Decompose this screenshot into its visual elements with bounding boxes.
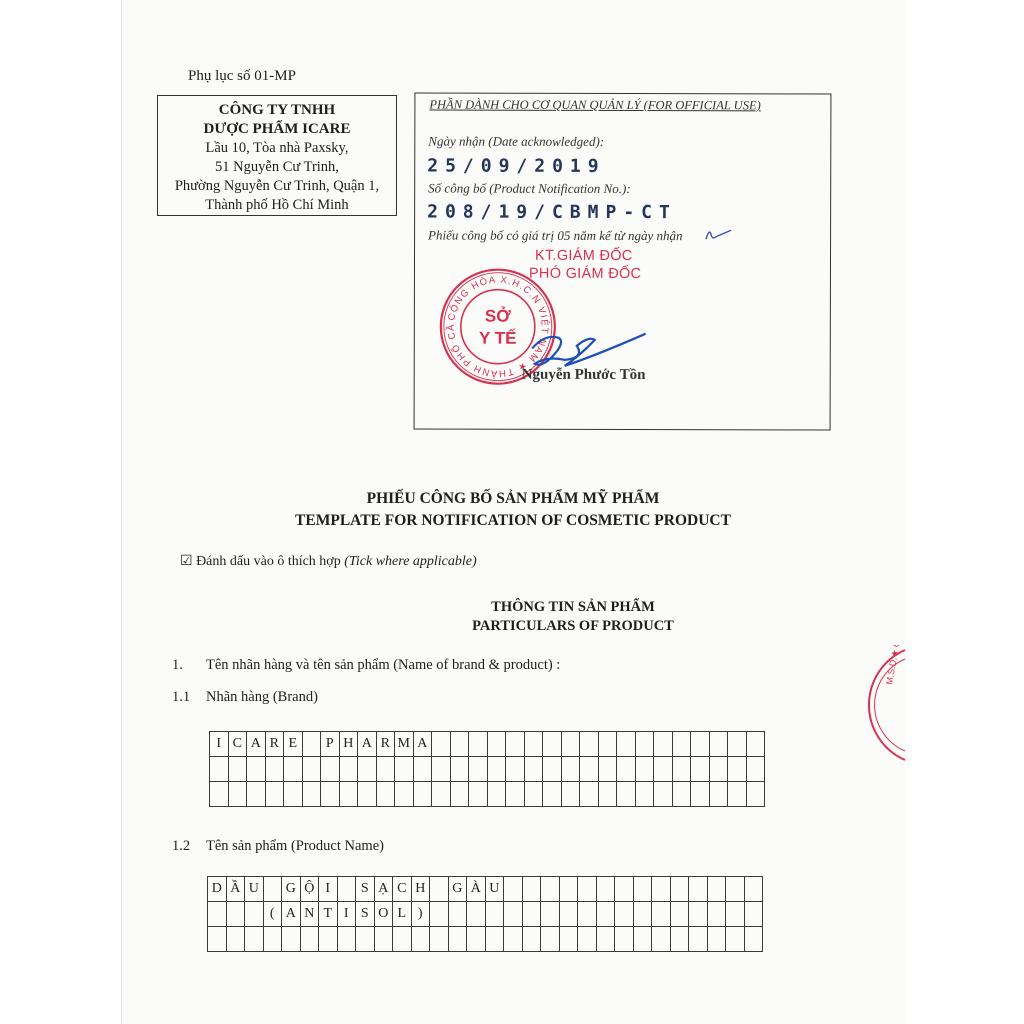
letter-cell xyxy=(432,757,451,782)
letter-cell xyxy=(633,902,652,927)
letter-cell: ( xyxy=(263,902,282,927)
letter-cell xyxy=(228,757,247,782)
letter-cell: T xyxy=(319,902,338,927)
letter-cell xyxy=(302,782,321,807)
letter-cell xyxy=(411,927,430,952)
letter-cell xyxy=(707,927,726,952)
letter-cell xyxy=(744,877,763,902)
letter-cell xyxy=(746,782,765,807)
letter-cell xyxy=(300,927,319,952)
letter-cell xyxy=(522,902,541,927)
item-label: Tên sản phẩm (Product Name) xyxy=(206,838,384,854)
letter-cell xyxy=(469,782,488,807)
letter-cell xyxy=(485,902,504,927)
letter-cell xyxy=(524,732,543,757)
letter-cell xyxy=(744,927,763,952)
letter-cell xyxy=(541,877,560,902)
letter-cell xyxy=(506,732,525,757)
date-acknowledged-value: 25/09/2019 xyxy=(427,155,605,176)
letter-cell xyxy=(395,757,414,782)
document-title-vi: PHIẾU CÔNG BỐ SẢN PHẨM MỸ PHẨM xyxy=(121,490,905,508)
letter-cell xyxy=(339,782,358,807)
letter-cell xyxy=(522,927,541,952)
letter-cell xyxy=(524,757,543,782)
letter-cell xyxy=(302,732,321,757)
item-number: 1.1 xyxy=(172,689,206,706)
notification-number-label: Số công bố (Product Notification No.): xyxy=(428,180,630,197)
letter-cell xyxy=(210,757,229,782)
letter-cell xyxy=(728,782,747,807)
letter-cell xyxy=(580,782,599,807)
letter-cell xyxy=(672,732,691,757)
letter-cell xyxy=(670,902,689,927)
checked-box-icon: ☑ xyxy=(180,554,193,569)
letter-cell: U xyxy=(245,877,264,902)
grid-row: (ANTISOL) xyxy=(208,902,763,927)
letter-cell: G xyxy=(282,877,301,902)
letter-cell: C xyxy=(393,877,412,902)
letter-cell xyxy=(374,927,393,952)
letter-cell xyxy=(284,782,303,807)
letter-cell xyxy=(450,732,469,757)
letter-cell xyxy=(485,927,504,952)
partial-seal-icon: M.S.D.★ QU xyxy=(868,645,908,765)
letter-cell xyxy=(598,732,617,757)
section-title-vi: THÔNG TIN SẢN PHẨM xyxy=(121,599,905,616)
letter-cell: ) xyxy=(411,902,430,927)
letter-cell xyxy=(670,927,689,952)
letter-cell xyxy=(598,782,617,807)
letter-cell xyxy=(247,757,266,782)
letter-cell xyxy=(337,877,356,902)
letter-cell xyxy=(559,927,578,952)
letter-cell: A xyxy=(413,732,432,757)
letter-cell: S xyxy=(356,877,375,902)
letter-cell xyxy=(321,757,340,782)
letter-cell xyxy=(707,902,726,927)
letter-cell xyxy=(596,927,615,952)
tick-instruction-vi: Đánh dấu vào ô thích hợp xyxy=(196,554,341,569)
letter-cell xyxy=(744,902,763,927)
letter-cell xyxy=(689,927,708,952)
letter-cell xyxy=(524,782,543,807)
letter-cell xyxy=(487,732,506,757)
letter-cell xyxy=(376,757,395,782)
grid-row: ICAREPHARMA xyxy=(210,732,765,757)
letter-cell xyxy=(450,757,469,782)
letter-cell xyxy=(430,902,449,927)
letter-cell xyxy=(337,927,356,952)
company-address-line: Lầu 10, Tòa nhà Paxsky, xyxy=(158,139,396,158)
letter-cell xyxy=(617,757,636,782)
letter-cell xyxy=(615,877,634,902)
letter-cell: A xyxy=(358,732,377,757)
letter-cell xyxy=(228,782,247,807)
letter-cell xyxy=(617,782,636,807)
letter-cell xyxy=(469,732,488,757)
seal-center-line2: Y TẾ xyxy=(479,329,517,348)
letter-cell xyxy=(226,902,245,927)
letter-cell xyxy=(635,757,654,782)
letter-cell xyxy=(356,927,375,952)
letter-cell: À xyxy=(467,877,486,902)
letter-cell xyxy=(302,757,321,782)
appendix-label: Phụ lục số 01-MP xyxy=(188,68,296,85)
letter-cell xyxy=(358,757,377,782)
letter-cell xyxy=(654,782,673,807)
letter-cell xyxy=(691,732,710,757)
company-name-line2: DƯỢC PHẨM ICARE xyxy=(158,120,396,139)
letter-cell xyxy=(506,782,525,807)
letter-cell xyxy=(450,782,469,807)
letter-cell: G xyxy=(448,877,467,902)
letter-cell xyxy=(541,902,560,927)
letter-cell xyxy=(672,782,691,807)
letter-cell xyxy=(543,732,562,757)
company-address-line: Phường Nguyễn Cư Trinh, Quận 1, xyxy=(158,177,396,196)
letter-cell xyxy=(578,927,597,952)
company-info-box: CÔNG TY TNHH DƯỢC PHẨM ICARE Lầu 10, Tòa… xyxy=(157,95,397,216)
letter-cell: A xyxy=(247,732,266,757)
letter-cell: H xyxy=(339,732,358,757)
letter-cell xyxy=(432,732,451,757)
letter-cell xyxy=(506,757,525,782)
letter-cell xyxy=(726,902,745,927)
letter-cell: S xyxy=(356,902,375,927)
letter-cell xyxy=(487,782,506,807)
letter-cell xyxy=(504,927,523,952)
grid-row: DẦUGỘISẠCHGÀU xyxy=(208,877,763,902)
tick-instruction: ☑ Đánh dấu vào ô thích hợp (Tick where a… xyxy=(180,553,477,570)
letter-cell: A xyxy=(282,902,301,927)
letter-cell xyxy=(448,927,467,952)
letter-cell: L xyxy=(393,902,412,927)
letter-cell xyxy=(226,927,245,952)
letter-cell xyxy=(670,877,689,902)
letter-cell xyxy=(672,757,691,782)
letter-cell xyxy=(210,782,229,807)
letter-cell xyxy=(728,757,747,782)
letter-cell xyxy=(652,902,671,927)
letter-cell xyxy=(617,732,636,757)
letter-cell: I xyxy=(319,877,338,902)
section-title-en: PARTICULARS OF PRODUCT xyxy=(121,618,905,635)
product-name-letter-grid: DẦUGỘISẠCHGÀU(ANTISOL) xyxy=(207,876,763,952)
letter-cell xyxy=(691,757,710,782)
letter-cell xyxy=(245,927,264,952)
letter-cell xyxy=(208,902,227,927)
letter-cell xyxy=(559,902,578,927)
letter-cell xyxy=(263,877,282,902)
letter-cell: E xyxy=(284,732,303,757)
letter-cell xyxy=(245,902,264,927)
item-label: Nhãn hàng (Brand) xyxy=(206,689,318,705)
tick-instruction-en: (Tick where applicable) xyxy=(344,554,476,569)
letter-cell xyxy=(284,757,303,782)
letter-cell: M xyxy=(395,732,414,757)
letter-cell xyxy=(487,757,506,782)
letter-cell xyxy=(596,877,615,902)
letter-cell xyxy=(615,927,634,952)
letter-cell xyxy=(543,757,562,782)
brand-letter-grid: ICAREPHARMA xyxy=(209,731,765,807)
letter-cell xyxy=(654,732,673,757)
letter-cell xyxy=(265,757,284,782)
letter-cell xyxy=(652,877,671,902)
letter-cell xyxy=(413,757,432,782)
letter-cell xyxy=(561,757,580,782)
letter-cell: C xyxy=(228,732,247,757)
letter-cell xyxy=(448,902,467,927)
letter-cell xyxy=(358,782,377,807)
letter-cell xyxy=(561,732,580,757)
notification-number-value: 208/19/CBMP-CT xyxy=(427,201,677,223)
letter-cell xyxy=(504,902,523,927)
grid-row xyxy=(208,927,763,952)
letter-cell xyxy=(319,927,338,952)
letter-cell xyxy=(432,782,451,807)
date-acknowledged-label: Ngày nhận (Date acknowledged): xyxy=(428,133,604,149)
company-address-line: 51 Nguyễn Cư Trinh, xyxy=(158,158,396,177)
letter-cell xyxy=(339,757,358,782)
letter-cell xyxy=(265,782,284,807)
letter-cell: P xyxy=(321,732,340,757)
letter-cell xyxy=(559,877,578,902)
letter-cell: H xyxy=(411,877,430,902)
letter-cell xyxy=(635,782,654,807)
letter-cell: U xyxy=(485,877,504,902)
letter-cell xyxy=(691,782,710,807)
letter-cell: N xyxy=(300,902,319,927)
letter-cell xyxy=(726,927,745,952)
item-1-1: 1.1Nhãn hàng (Brand) xyxy=(172,689,318,706)
letter-cell xyxy=(469,757,488,782)
letter-cell xyxy=(247,782,266,807)
letter-cell xyxy=(580,757,599,782)
letter-cell: I xyxy=(210,732,229,757)
initial-mark-icon xyxy=(703,226,733,242)
letter-cell: Ạ xyxy=(374,877,393,902)
item-number: 1.2 xyxy=(172,838,206,855)
signer-name: Nguyễn Phước Tồn xyxy=(522,367,646,384)
letter-cell xyxy=(598,757,617,782)
company-name-line1: CÔNG TY TNHH xyxy=(158,101,396,120)
letter-cell xyxy=(728,732,747,757)
letter-cell xyxy=(430,877,449,902)
letter-cell xyxy=(709,782,728,807)
item-1: 1.Tên nhãn hàng và tên sản phẩm (Name of… xyxy=(172,657,560,674)
letter-cell xyxy=(504,877,523,902)
letter-cell xyxy=(430,927,449,952)
letter-cell xyxy=(746,757,765,782)
letter-cell xyxy=(321,782,340,807)
letter-cell xyxy=(376,782,395,807)
item-1-2: 1.2Tên sản phẩm (Product Name) xyxy=(172,838,384,855)
letter-cell xyxy=(395,782,414,807)
letter-cell: R xyxy=(265,732,284,757)
letter-cell xyxy=(541,927,560,952)
letter-cell xyxy=(707,877,726,902)
letter-cell xyxy=(467,927,486,952)
letter-cell xyxy=(689,877,708,902)
company-address-line: Thành phố Hồ Chí Minh xyxy=(158,196,396,215)
partial-seal-text: M.S.D.★ QU xyxy=(884,645,903,685)
official-use-box: PHẦN DÀNH CHO CƠ QUAN QUẢN LÝ (FOR OFFIC… xyxy=(414,92,832,430)
letter-cell xyxy=(413,782,432,807)
letter-cell xyxy=(578,877,597,902)
letter-cell xyxy=(467,902,486,927)
letter-cell xyxy=(726,877,745,902)
item-number: 1. xyxy=(172,657,206,674)
letter-cell xyxy=(709,757,728,782)
letter-cell xyxy=(522,877,541,902)
letter-cell: D xyxy=(208,877,227,902)
letter-cell xyxy=(578,902,597,927)
letter-cell xyxy=(393,927,412,952)
letter-cell: Ầ xyxy=(226,877,245,902)
letter-cell xyxy=(596,902,615,927)
grid-row xyxy=(210,782,765,807)
letter-cell xyxy=(263,927,282,952)
letter-cell xyxy=(709,732,728,757)
letter-cell xyxy=(543,782,562,807)
letter-cell: Ộ xyxy=(300,877,319,902)
letter-cell xyxy=(580,732,599,757)
letter-cell xyxy=(689,902,708,927)
letter-cell: I xyxy=(337,902,356,927)
letter-cell xyxy=(208,927,227,952)
letter-cell xyxy=(615,902,634,927)
grid-row xyxy=(210,757,765,782)
letter-cell xyxy=(633,927,652,952)
letter-cell xyxy=(633,877,652,902)
seal-center-line1: SỞ xyxy=(485,307,511,326)
document-title-en: TEMPLATE FOR NOTIFICATION OF COSMETIC PR… xyxy=(121,512,905,530)
letter-cell: O xyxy=(374,902,393,927)
letter-cell xyxy=(635,732,654,757)
letter-cell xyxy=(282,927,301,952)
letter-cell xyxy=(561,782,580,807)
letter-cell xyxy=(652,927,671,952)
official-use-title: PHẦN DÀNH CHO CƠ QUAN QUẢN LÝ (FOR OFFIC… xyxy=(429,97,760,113)
item-label: Tên nhãn hàng và tên sản phẩm (Name of b… xyxy=(206,657,560,673)
letter-cell: R xyxy=(376,732,395,757)
letter-cell xyxy=(746,732,765,757)
validity-note: Phiếu công bố có giá trị 05 năm kể từ ng… xyxy=(428,227,682,244)
letter-cell xyxy=(654,757,673,782)
